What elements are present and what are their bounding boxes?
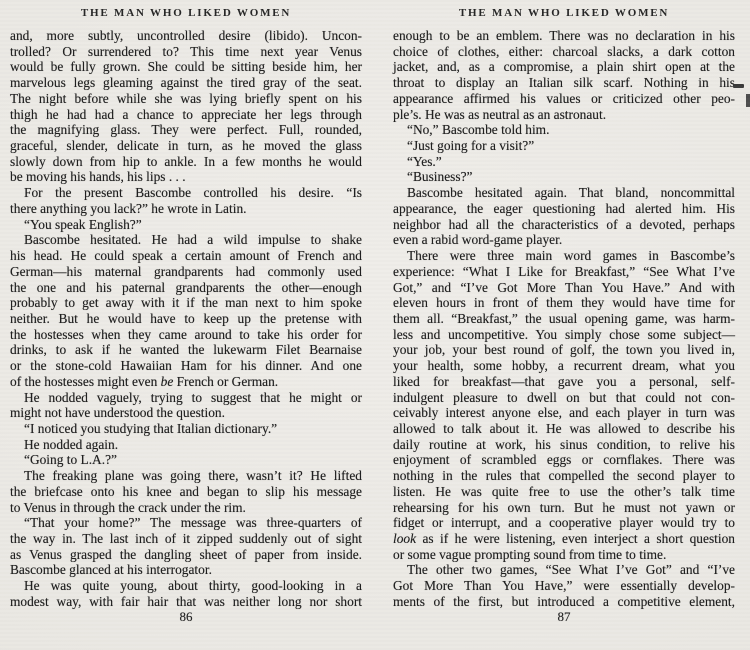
text-segment: even a rabid word-game player. bbox=[393, 232, 562, 247]
text-segment: the one and his paternal grandparents th… bbox=[10, 280, 362, 295]
text-segment: The night before while she was lying bri… bbox=[10, 91, 362, 106]
text-line: to Venus in through the crack under the … bbox=[10, 500, 362, 516]
text-line: thigh he had had a chance to appreciate … bbox=[10, 107, 362, 123]
text-segment: probably to get away with it if the man … bbox=[10, 295, 362, 310]
text-line: indulgent pleasure to dwell on but that … bbox=[393, 390, 735, 406]
text-line: less and uncompetitive. You simply chose… bbox=[393, 327, 735, 343]
scan-artifact-mark bbox=[746, 94, 750, 107]
text-line: “No,” Bascombe told him. bbox=[393, 122, 735, 138]
running-header-left: THE MAN WHO LIKED WOMEN bbox=[10, 7, 362, 19]
text-line: “That your home?” The message was three-… bbox=[10, 515, 362, 531]
text-segment: German—his maternal grandparents had com… bbox=[10, 264, 362, 279]
text-segment: nothing in the rules that compelled the … bbox=[393, 468, 735, 483]
text-segment: might not have understood the question. bbox=[10, 405, 225, 420]
page-number-right: 87 bbox=[393, 609, 735, 625]
text-line: appearance affirmed his values or critic… bbox=[393, 91, 735, 107]
text-line: He nodded vaguely, trying to suggest tha… bbox=[10, 390, 362, 406]
text-line: listen. He was quite free to use the oth… bbox=[393, 484, 735, 500]
text-line: probably to get away with it if the man … bbox=[10, 295, 362, 311]
text-line: The freaking plane was going there, wasn… bbox=[10, 468, 362, 484]
text-line: choice of clothes, either: charcoal slac… bbox=[393, 44, 735, 60]
text-segment: ceivably interest anyone else, and each … bbox=[393, 405, 735, 420]
text-line: nothing in the rules that compelled the … bbox=[393, 468, 735, 484]
text-line: of the hostesses might even be French or… bbox=[10, 374, 362, 390]
text-segment: Got,” and “I’ve Got More Than You Have.”… bbox=[393, 280, 735, 295]
page-body-right: enough to be an emblem. There was no dec… bbox=[393, 28, 735, 610]
text-line: The night before while she was lying bri… bbox=[10, 91, 362, 107]
text-line: “I noticed you studying that Italian dic… bbox=[10, 421, 362, 437]
text-segment: fidget or interrupt, and a cooperative p… bbox=[393, 515, 735, 530]
text-line: eleven hours in front of them they would… bbox=[393, 295, 735, 311]
text-segment: “That your home?” The message was three-… bbox=[24, 515, 362, 530]
page-number-left: 86 bbox=[10, 609, 362, 625]
text-line: Got More Than You Have,” were essentiall… bbox=[393, 578, 735, 594]
text-segment: modest way, with fair hair that was neit… bbox=[10, 594, 362, 609]
text-line: trolled? Or surrendered to? This time ne… bbox=[10, 44, 362, 60]
text-line: the hostesses when they came around to t… bbox=[10, 327, 362, 343]
text-segment: his head. He could speak a certain amoun… bbox=[10, 248, 362, 263]
text-segment: enjoyment of scrambled eggs or cornflake… bbox=[393, 452, 735, 467]
text-segment: ple’s. He was as neutral as an astronaut… bbox=[393, 107, 606, 122]
text-segment: jacket, and, as a compromise, a plain sh… bbox=[393, 59, 735, 74]
text-line: experience: “What I Like for Breakfast,”… bbox=[393, 264, 735, 280]
text-segment: your health, some hobby, a recurrent dre… bbox=[393, 358, 735, 373]
text-segment: as if he were listening, even interject … bbox=[416, 531, 735, 546]
text-segment: “Going to L.A.?” bbox=[24, 452, 117, 467]
text-segment: graceful, slender, delicate in turn, as … bbox=[10, 138, 362, 153]
text-line: your job, your best round of golf, the t… bbox=[393, 342, 735, 358]
text-segment: enough to be an emblem. There was no dec… bbox=[393, 28, 735, 43]
text-segment: or the stone-cold Hawaiian Ham for his d… bbox=[10, 358, 362, 373]
text-segment: eleven hours in front of them they would… bbox=[393, 295, 735, 310]
text-segment: The other two games, “See What I’ve Got”… bbox=[407, 562, 735, 577]
text-segment: He was quite young, about thirty, good-l… bbox=[24, 578, 362, 593]
text-segment: the way in. The last inch of it zipped s… bbox=[10, 531, 362, 546]
text-segment: as Venus grasped the dangling sheet of p… bbox=[10, 547, 362, 562]
text-segment: The freaking plane was going there, wasn… bbox=[24, 468, 362, 483]
text-segment: less and uncompetitive. You simply chose… bbox=[393, 327, 735, 342]
text-line: or the stone-cold Hawaiian Ham for his d… bbox=[10, 358, 362, 374]
text-segment: appearance, the eager questioning had al… bbox=[393, 201, 735, 216]
text-line: them all. “Breakfast,” the usual opening… bbox=[393, 311, 735, 327]
text-line: German—his maternal grandparents had com… bbox=[10, 264, 362, 280]
text-line: He was quite young, about thirty, good-l… bbox=[10, 578, 362, 594]
text-line: modest way, with fair hair that was neit… bbox=[10, 594, 362, 610]
text-line: and, more subtly, uncontrolled desire (l… bbox=[10, 28, 362, 44]
text-line: jacket, and, as a compromise, a plain sh… bbox=[393, 59, 735, 75]
text-segment: your job, your best round of golf, the t… bbox=[393, 342, 735, 357]
text-line: enough to be an emblem. There was no dec… bbox=[393, 28, 735, 44]
text-line: marvelous legs gleaming against the tire… bbox=[10, 75, 362, 91]
text-line: appearance, the eager questioning had al… bbox=[393, 201, 735, 217]
text-line: the one and his paternal grandparents th… bbox=[10, 280, 362, 296]
text-line: there anything you lack?” he wrote in La… bbox=[10, 201, 362, 217]
text-segment: French or German. bbox=[173, 374, 278, 389]
text-line: ple’s. He was as neutral as an astronaut… bbox=[393, 107, 735, 123]
text-segment: He nodded again. bbox=[24, 437, 118, 452]
scan-artifact-mark bbox=[733, 84, 744, 88]
text-segment: neighbor had all the characteristics of … bbox=[393, 217, 735, 232]
text-line: The other two games, “See What I’ve Got”… bbox=[393, 562, 735, 578]
text-line: Bascombe glanced at his interrogator. bbox=[10, 562, 362, 578]
text-segment: Bascombe hesitated again. That bland, no… bbox=[407, 185, 735, 200]
text-segment: “You speak English?” bbox=[24, 217, 142, 232]
text-line: allowed to talk about it. He was allowed… bbox=[393, 421, 735, 437]
text-segment: Bascombe glanced at his interrogator. bbox=[10, 562, 212, 577]
text-line: Got,” and “I’ve Got More Than You Have.”… bbox=[393, 280, 735, 296]
page-right: THE MAN WHO LIKED WOMEN enough to be an … bbox=[393, 0, 735, 650]
text-segment: “I noticed you studying that Italian dic… bbox=[24, 421, 277, 436]
text-segment: trolled? Or surrendered to? This time ne… bbox=[10, 44, 362, 59]
text-line: or some vague prompting sound from time … bbox=[393, 547, 735, 563]
text-segment: thigh he had had a chance to appreciate … bbox=[10, 107, 362, 122]
text-line: He nodded again. bbox=[10, 437, 362, 453]
text-segment: appearance affirmed his values or critic… bbox=[393, 91, 735, 106]
text-segment: the briefcase onto his knee and began to… bbox=[10, 484, 362, 499]
text-segment: “No,” Bascombe told him. bbox=[407, 122, 549, 137]
text-segment: Got More Than You Have,” were essentiall… bbox=[393, 578, 735, 593]
text-line: be moving his hands, his lips . . . bbox=[10, 169, 362, 185]
text-segment: allowed to talk about it. He was allowed… bbox=[393, 421, 735, 436]
text-segment: For the present Bascombe controlled his … bbox=[24, 185, 362, 200]
text-segment: throat to display an Italian silk scarf.… bbox=[393, 75, 735, 90]
text-line: even a rabid word-game player. bbox=[393, 232, 735, 248]
text-segment: would be fully grown. She could be sitti… bbox=[10, 59, 362, 74]
text-line: daily routine at work, his sinus conditi… bbox=[393, 437, 735, 453]
text-segment: there anything you lack?” he wrote in La… bbox=[10, 201, 246, 216]
page-left: THE MAN WHO LIKED WOMEN and, more subtly… bbox=[10, 0, 362, 650]
text-segment: slowly down from hip to ankle. In a few … bbox=[10, 154, 362, 169]
text-line: neighbor had all the characteristics of … bbox=[393, 217, 735, 233]
page-body-left: and, more subtly, uncontrolled desire (l… bbox=[10, 28, 362, 610]
text-segment: “Yes.” bbox=[407, 154, 442, 169]
text-line: “Yes.” bbox=[393, 154, 735, 170]
text-segment: choice of clothes, either: charcoal slac… bbox=[393, 44, 735, 59]
text-segment: daily routine at work, his sinus conditi… bbox=[393, 437, 735, 452]
text-line: look as if he were listening, even inter… bbox=[393, 531, 735, 547]
text-segment: or some vague prompting sound from time … bbox=[393, 547, 666, 562]
text-segment: marvelous legs gleaming against the tire… bbox=[10, 75, 362, 90]
text-segment: look bbox=[393, 531, 416, 546]
text-segment: be bbox=[161, 374, 174, 389]
text-line: “Going to L.A.?” bbox=[10, 452, 362, 468]
text-segment: to Venus in through the crack under the … bbox=[10, 500, 246, 515]
text-segment: He nodded vaguely, trying to suggest tha… bbox=[24, 390, 362, 405]
text-segment: the magnifying glass. They were perfect.… bbox=[10, 122, 362, 137]
text-segment: and, more subtly, uncontrolled desire (l… bbox=[10, 28, 362, 43]
text-segment: the hostesses when they came around to t… bbox=[10, 327, 362, 342]
running-header-right: THE MAN WHO LIKED WOMEN bbox=[393, 7, 735, 19]
text-line: the briefcase onto his knee and began to… bbox=[10, 484, 362, 500]
text-line: slowly down from hip to ankle. In a few … bbox=[10, 154, 362, 170]
text-line: the magnifying glass. They were perfect.… bbox=[10, 122, 362, 138]
text-line: “You speak English?” bbox=[10, 217, 362, 233]
text-line: For the present Bascombe controlled his … bbox=[10, 185, 362, 201]
text-line: rehearsing for his own turn. But he must… bbox=[393, 500, 735, 516]
book-scan-spread: THE MAN WHO LIKED WOMEN and, more subtly… bbox=[0, 0, 750, 650]
text-segment: ments of the first, but introduced a com… bbox=[393, 594, 735, 609]
text-line: the way in. The last inch of it zipped s… bbox=[10, 531, 362, 547]
text-line: “Just going for a visit?” bbox=[393, 138, 735, 154]
text-line: enjoyment of scrambled eggs or cornflake… bbox=[393, 452, 735, 468]
text-line: “Business?” bbox=[393, 169, 735, 185]
text-line: as Venus grasped the dangling sheet of p… bbox=[10, 547, 362, 563]
text-line: ments of the first, but introduced a com… bbox=[393, 594, 735, 610]
text-line: drinks, to ask if he wanted the lukewarm… bbox=[10, 342, 362, 358]
text-line: Bascombe hesitated. He had a wild impuls… bbox=[10, 232, 362, 248]
text-segment: “Just going for a visit?” bbox=[407, 138, 534, 153]
text-line: neither. But he would have to keep up th… bbox=[10, 311, 362, 327]
text-line: Bascombe hesitated again. That bland, no… bbox=[393, 185, 735, 201]
text-segment: “Business?” bbox=[407, 169, 472, 184]
text-segment: Bascombe hesitated. He had a wild impuls… bbox=[24, 232, 362, 247]
text-segment: experience: “What I Like for Breakfast,”… bbox=[393, 264, 735, 279]
text-line: would be fully grown. She could be sitti… bbox=[10, 59, 362, 75]
text-line: throat to display an Italian silk scarf.… bbox=[393, 75, 735, 91]
text-line: your health, some hobby, a recurrent dre… bbox=[393, 358, 735, 374]
text-segment: be moving his hands, his lips . . . bbox=[10, 169, 186, 184]
text-segment: them all. “Breakfast,” the usual opening… bbox=[393, 311, 735, 326]
text-segment: rehearsing for his own turn. But he must… bbox=[393, 500, 735, 515]
text-segment: of the hostesses might even bbox=[10, 374, 161, 389]
text-segment: There were three main word games in Basc… bbox=[407, 248, 735, 263]
text-line: There were three main word games in Basc… bbox=[393, 248, 735, 264]
text-segment: liked for breakfast—that gave you a pers… bbox=[393, 374, 735, 389]
text-segment: drinks, to ask if he wanted the lukewarm… bbox=[10, 342, 362, 357]
text-segment: indulgent pleasure to dwell on but that … bbox=[393, 390, 735, 405]
text-line: his head. He could speak a certain amoun… bbox=[10, 248, 362, 264]
text-line: ceivably interest anyone else, and each … bbox=[393, 405, 735, 421]
text-line: fidget or interrupt, and a cooperative p… bbox=[393, 515, 735, 531]
text-segment: listen. He was quite free to use the oth… bbox=[393, 484, 735, 499]
text-line: graceful, slender, delicate in turn, as … bbox=[10, 138, 362, 154]
text-segment: neither. But he would have to keep up th… bbox=[10, 311, 362, 326]
text-line: liked for breakfast—that gave you a pers… bbox=[393, 374, 735, 390]
text-line: might not have understood the question. bbox=[10, 405, 362, 421]
